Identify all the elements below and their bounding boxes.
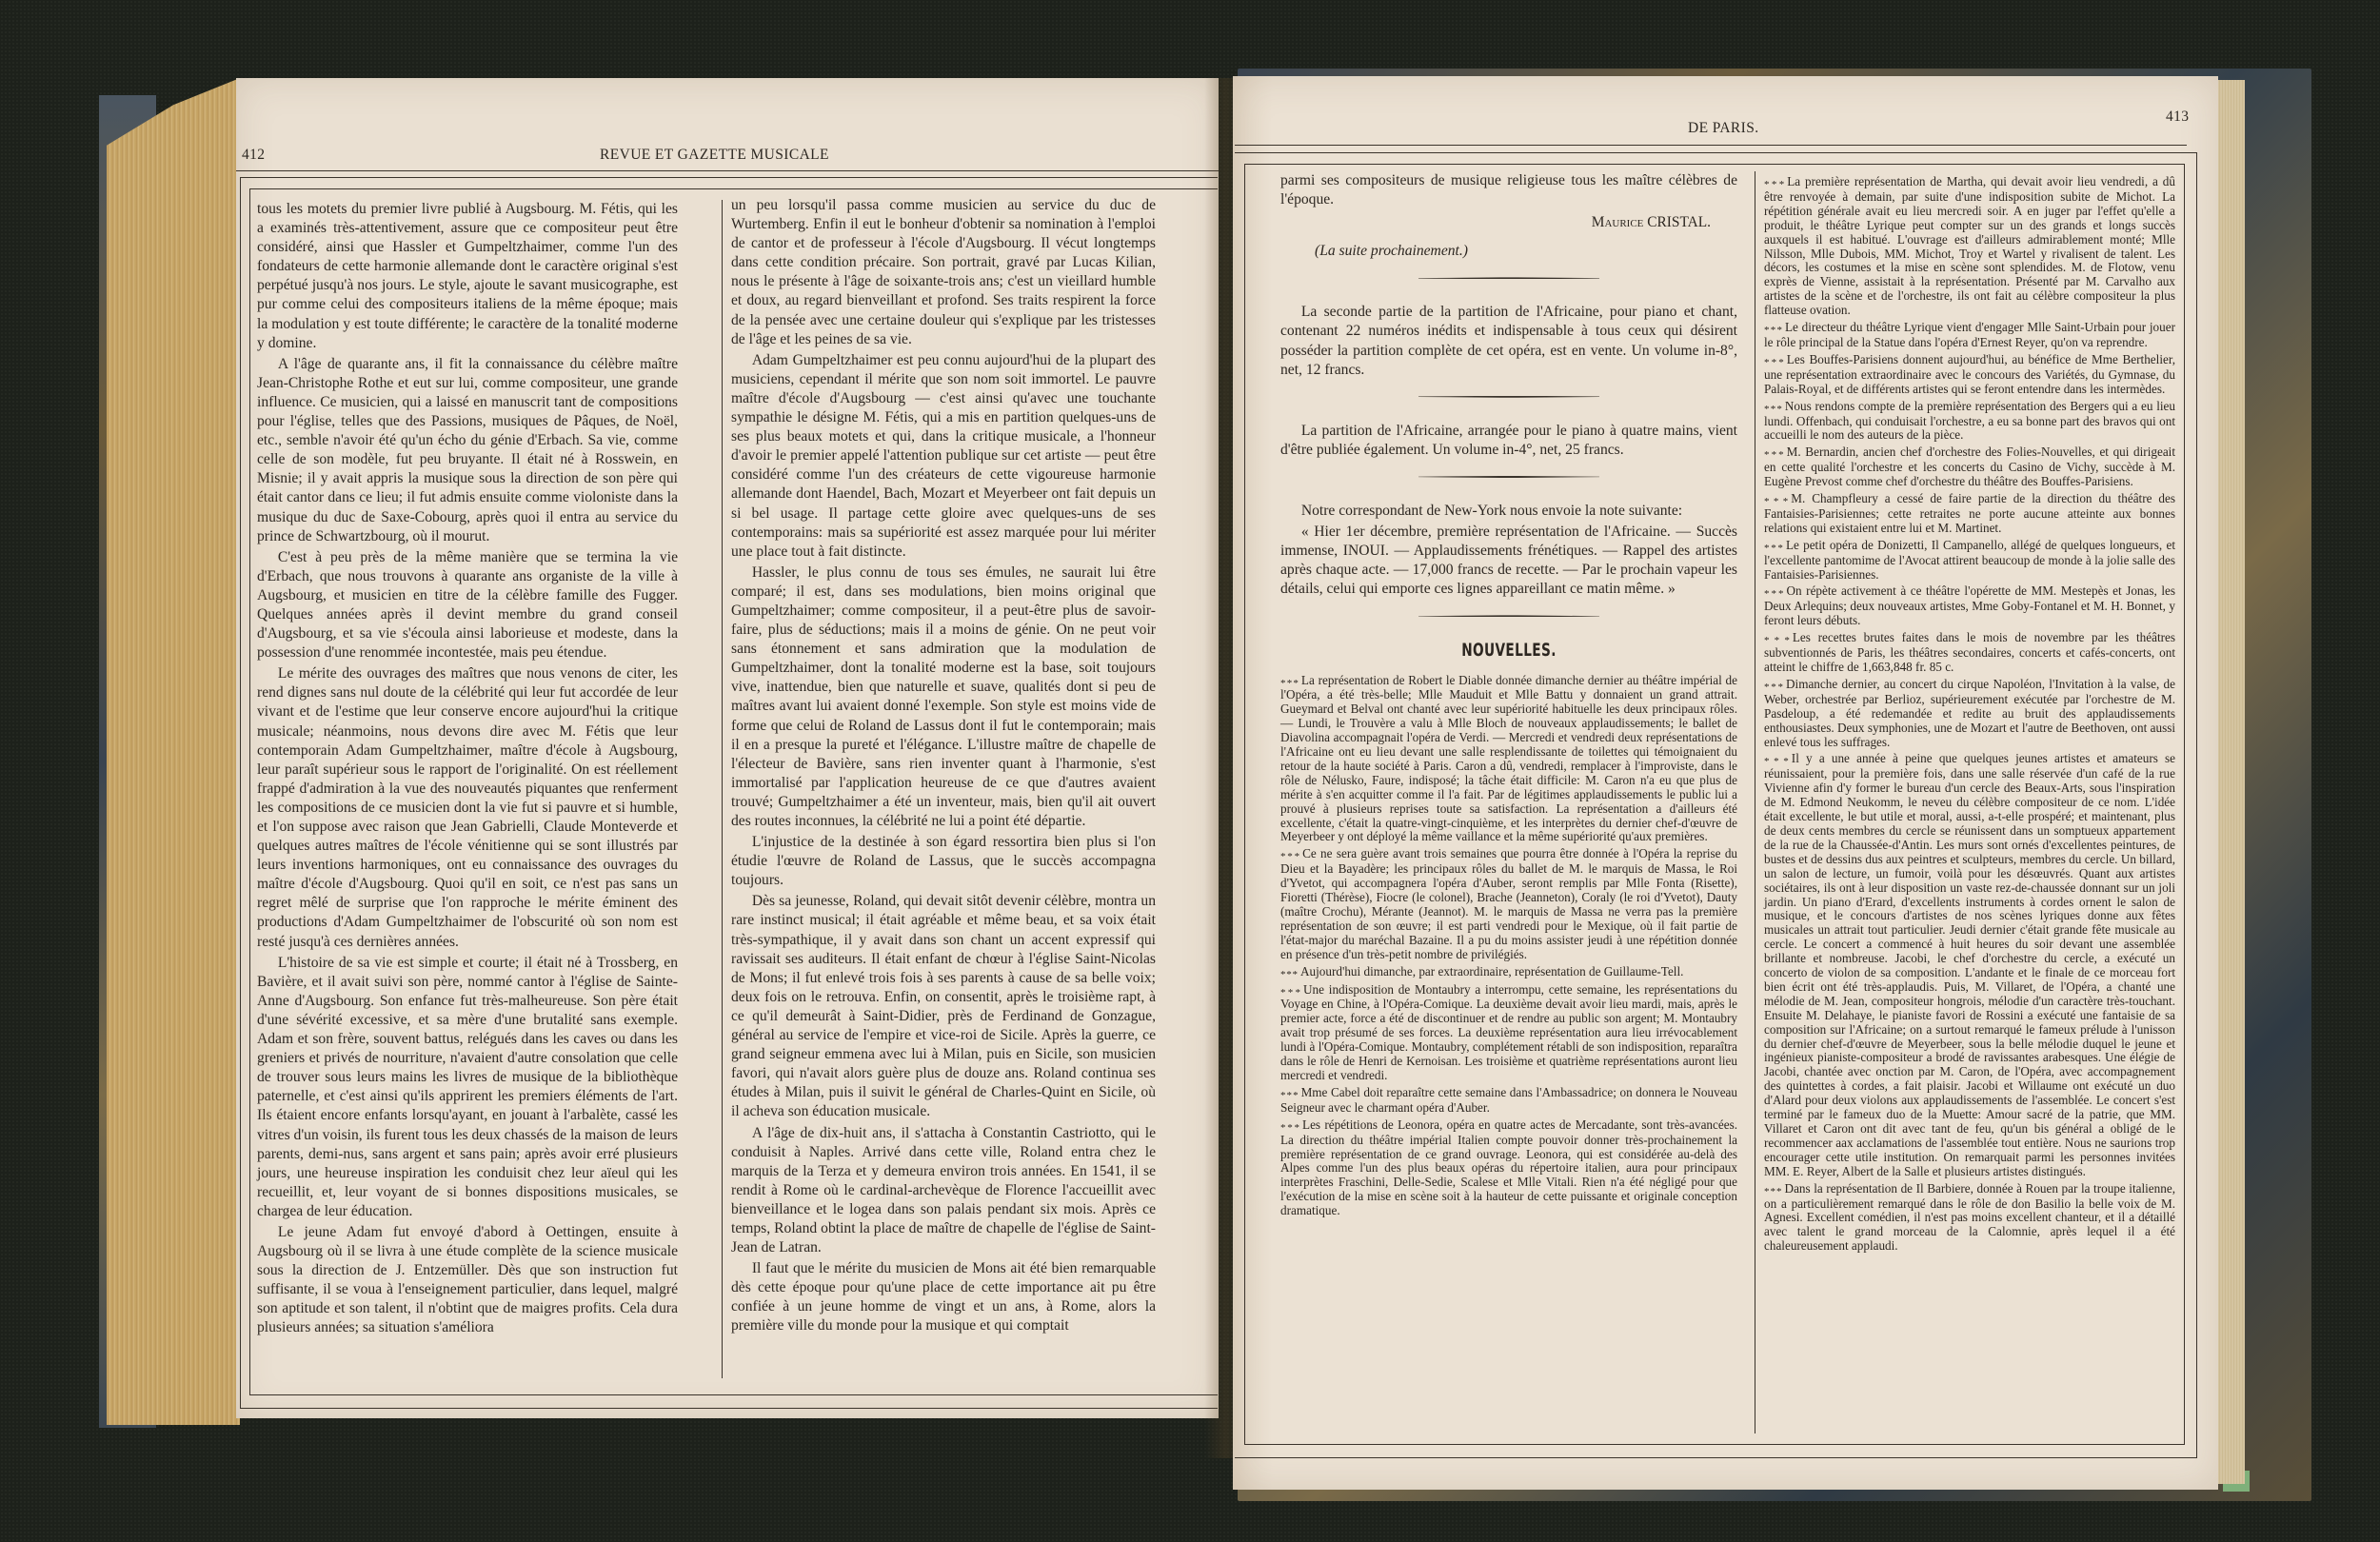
author-signature: Maurice CRISTAL. bbox=[1280, 213, 1711, 232]
paragraph: Le mérite des ouvrages des maîtres que n… bbox=[257, 664, 678, 951]
article-closing: parmi ses compositeurs de musique religi… bbox=[1280, 171, 1737, 209]
news-item: * * *M. Champfleury a cessé de faire par… bbox=[1764, 492, 2175, 536]
notice: La seconde partie de la partition de l'A… bbox=[1280, 303, 1737, 379]
news-item: * * *Dans la représentation de Il Barbie… bbox=[1764, 1182, 2175, 1255]
asterism-icon: * * * bbox=[1764, 496, 1787, 507]
asterism-icon: * * * bbox=[1280, 1090, 1298, 1101]
newyork-quote: « Hier 1er décembre, première représenta… bbox=[1280, 523, 1737, 599]
news-item: * * *Les recettes brutes faites dans le … bbox=[1764, 631, 2175, 675]
paragraph: C'est à peu près de la même manière que … bbox=[257, 548, 678, 663]
asterism-icon: * * * bbox=[1280, 987, 1299, 998]
newyork-intro: Notre correspondant de New-York nous env… bbox=[1280, 502, 1737, 521]
column-rule bbox=[722, 200, 723, 1378]
paragraph: A l'âge de quarante ans, il fit la conna… bbox=[257, 355, 678, 546]
paragraph: L'injustice de la destinée à son égard r… bbox=[731, 833, 1156, 890]
paragraph: tous les motets du premier livre publié … bbox=[257, 200, 678, 353]
running-head: DE PARIS. bbox=[1688, 120, 1759, 137]
news-item: * * *Le directeur du théâtre Lyrique vie… bbox=[1764, 321, 2175, 350]
ornamental-rule bbox=[1418, 274, 1599, 282]
section-title-nouvelles: NOUVELLES. bbox=[1344, 641, 1674, 660]
paragraph: Hassler, le plus connu de tous ses émule… bbox=[731, 563, 1156, 831]
news-item: * * *Nous rendons compte de la première … bbox=[1764, 400, 2175, 444]
news-item: * * *Les Bouffes-Parisiens donnent aujou… bbox=[1764, 353, 2175, 397]
left-page-column-2: un peu lorsqu'il passa comme musicien au… bbox=[731, 196, 1156, 1338]
paragraph: Le jeune Adam fut envoyé d'abord à Oetti… bbox=[257, 1223, 678, 1338]
right-page-column-2: * * *La première représentation de Marth… bbox=[1764, 175, 2175, 1256]
page-number: 413 bbox=[2166, 109, 2189, 126]
asterism-icon: * * * bbox=[1764, 449, 1783, 461]
news-item: * * *On répète activement à ce théâtre l… bbox=[1764, 584, 2175, 628]
asterism-icon: * * * bbox=[1280, 678, 1298, 689]
asterism-icon: * * * bbox=[1764, 682, 1782, 693]
page-number: 412 bbox=[242, 147, 265, 164]
paragraph: A l'âge de dix-huit ans, il s'attacha à … bbox=[731, 1124, 1156, 1258]
asterism-icon: * * * bbox=[1280, 1122, 1299, 1134]
news-item: * * *Dimanche dernier, au concert du cir… bbox=[1764, 678, 2175, 750]
paragraph: Dès sa jeunesse, Roland, qui devait sitô… bbox=[731, 892, 1156, 1121]
asterism-icon: * * * bbox=[1764, 179, 1783, 190]
asterism-icon: * * * bbox=[1764, 404, 1781, 415]
right-page-column-1: parmi ses compositeurs de musique religi… bbox=[1280, 171, 1737, 1221]
ornamental-rule bbox=[1418, 612, 1599, 620]
news-item: * * *Mme Cabel doit reparaître cette sem… bbox=[1280, 1086, 1737, 1116]
asterism-icon: * * * bbox=[1764, 1186, 1781, 1197]
paragraph: un peu lorsqu'il passa comme musicien au… bbox=[731, 196, 1156, 349]
news-item: * * *Les répétitions de Leonora, opéra e… bbox=[1280, 1118, 1737, 1218]
asterism-icon: * * * bbox=[1764, 588, 1783, 600]
paragraph: Adam Gumpeltzhaimer est peu connu aujour… bbox=[731, 351, 1156, 562]
to-be-continued: (La suite prochainement.) bbox=[1315, 242, 1737, 261]
asterism-icon: * * * bbox=[1280, 851, 1299, 862]
paragraph: Il faut que le mérite du musicien de Mon… bbox=[731, 1259, 1156, 1335]
news-item: * * *Le petit opéra de Donizetti, Il Cam… bbox=[1764, 539, 2175, 583]
ornamental-rule bbox=[1418, 473, 1599, 481]
page-block-edge-right bbox=[2218, 80, 2245, 1484]
news-item: * * *La représentation de Robert le Diab… bbox=[1280, 674, 1737, 845]
ornamental-rule bbox=[1418, 393, 1599, 401]
running-head: REVUE ET GAZETTE MUSICALE bbox=[600, 147, 829, 164]
news-item: * * *Aujourd'hui dimanche, par extraordi… bbox=[1280, 965, 1737, 980]
news-item: * * *Il y a une année à peine que quelqu… bbox=[1764, 752, 2175, 1178]
header-rule bbox=[1235, 145, 2187, 146]
news-item: * * *Une indisposition de Montaubry a in… bbox=[1280, 983, 1737, 1083]
asterism-icon: * * * bbox=[1280, 969, 1297, 980]
notice: La partition de l'Africaine, arrangée po… bbox=[1280, 422, 1737, 460]
right-page: DE PARIS. 413 parmi ses compositeurs de … bbox=[1233, 76, 2218, 1490]
asterism-icon: * * * bbox=[1764, 635, 1789, 646]
left-page-column-1: tous les motets du premier livre publié … bbox=[257, 200, 678, 1340]
page-block-edge bbox=[107, 78, 240, 1425]
news-item: * * *M. Bernardin, ancien chef d'orchest… bbox=[1764, 445, 2175, 489]
news-item: * * *Ce ne sera guère avant trois semain… bbox=[1280, 847, 1737, 961]
asterism-icon: * * * bbox=[1764, 357, 1783, 368]
asterism-icon: * * * bbox=[1764, 756, 1788, 767]
news-item: * * *La première représentation de Marth… bbox=[1764, 175, 2175, 318]
header-rule bbox=[236, 170, 1219, 171]
asterism-icon: * * * bbox=[1764, 543, 1782, 554]
asterism-icon: * * * bbox=[1764, 325, 1781, 336]
news-list: * * *La représentation de Robert le Diab… bbox=[1280, 674, 1737, 1219]
left-page: 412 REVUE ET GAZETTE MUSICALE tous les m… bbox=[236, 78, 1219, 1418]
column-rule bbox=[1755, 171, 1755, 1433]
paragraph: L'histoire de sa vie est simple et court… bbox=[257, 954, 678, 1221]
